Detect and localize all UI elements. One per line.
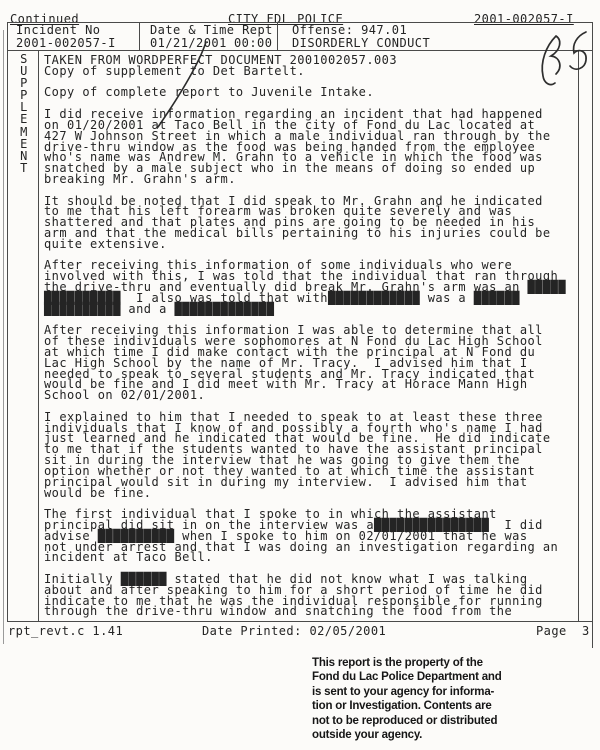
narrative-line: ██████████ and a █████████████ — [44, 304, 580, 315]
right-outer-rule — [592, 22, 593, 648]
narrative-line: Copy of supplement to Det Bartelt. — [44, 66, 580, 77]
stamp-line: tion or Investigation. Contents are — [312, 699, 574, 713]
page-number: Page 3 — [536, 624, 590, 638]
supplement-divider-rule — [38, 50, 39, 621]
table-divider-2 — [277, 22, 278, 50]
agency-property-stamp: This report is the property of theFond d… — [312, 656, 574, 742]
case-number: 2001-002057-I — [474, 12, 574, 26]
supplement-letter: E — [15, 138, 33, 150]
report-version: rpt_revt.c 1.41 — [8, 624, 123, 638]
incident-no-label: Incident No — [16, 23, 100, 37]
stamp-line: Fond du Lac Police Department and — [312, 670, 574, 684]
supplement-letter: M — [15, 126, 33, 138]
offense-label: Offense: 947.01 — [292, 23, 407, 37]
left-outer-rule — [3, 30, 4, 644]
table-bottom-rule — [7, 50, 592, 51]
stamp-line: is sent to your agency for informa- — [312, 685, 574, 699]
narrative-line: quite extensive. — [44, 239, 580, 250]
stamp-line: outside your agency. — [312, 728, 574, 742]
narrative-line: through the drive-thru window and snatch… — [44, 606, 580, 617]
narrative-line: Copy of complete report to Juvenile Inta… — [44, 87, 580, 98]
narrative-line: breaking Mr. Grahn's arm. — [44, 174, 580, 185]
offense-value: DISORDERLY CONDUCT — [292, 36, 430, 50]
narrative-line: School on 02/01/2001. — [44, 390, 580, 401]
left-rule — [7, 22, 8, 621]
narrative-line: would be fine. — [44, 488, 580, 499]
supplement-section-label: SUPPLEMENT — [15, 53, 33, 174]
date-printed: Date Printed: 02/05/2001 — [202, 624, 386, 638]
narrative-line: incident at Taco Bell. — [44, 552, 580, 563]
scanned-police-report-page: { "header": { "continued_label": "Contin… — [0, 0, 600, 750]
report-narrative: TAKEN FROM WORDPERFECT DOCUMENT 20010020… — [44, 55, 580, 617]
incident-no-value: 2001-002057-I — [16, 36, 116, 50]
table-divider-1 — [139, 22, 140, 50]
supplement-letter: E — [15, 113, 33, 125]
body-bottom-rule — [7, 621, 592, 622]
date-time-label: Date & Time Rept — [150, 23, 273, 37]
time-value: 00:00 — [234, 36, 272, 50]
stamp-line: This report is the property of the — [312, 656, 574, 670]
date-value: 01/21/2001 — [150, 36, 227, 50]
supplement-letter: T — [15, 162, 33, 174]
stamp-line: not to be reproduced or distributed — [312, 714, 574, 728]
